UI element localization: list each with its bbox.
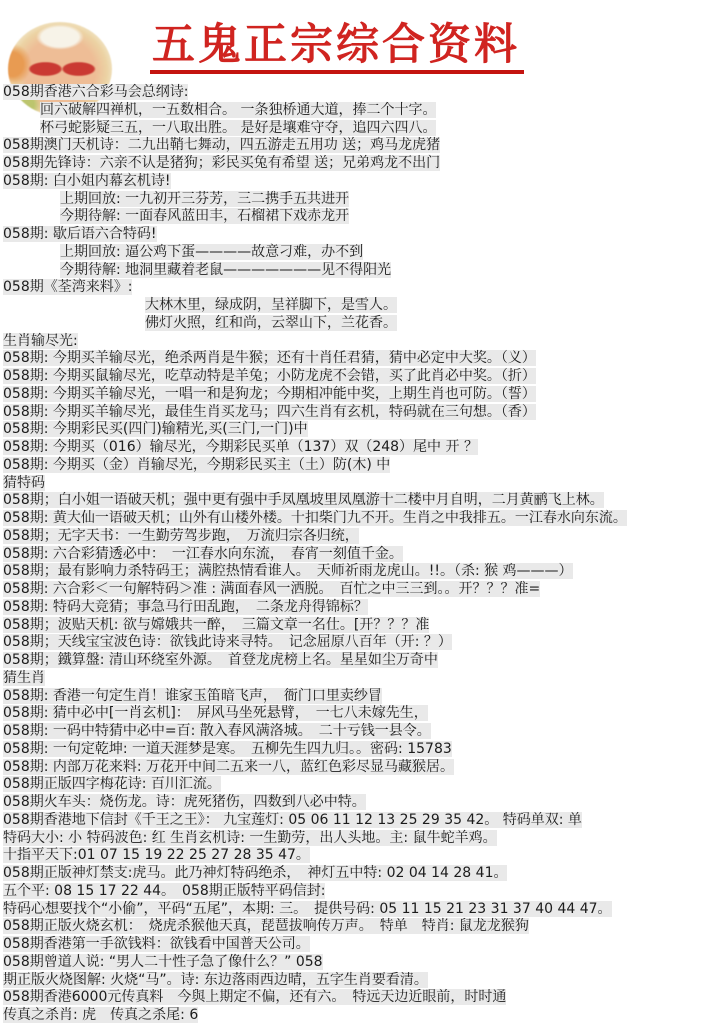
text-line-content: 058期: 特码大竞猜；事急马行田乱跑， 二条龙舟得锦标？ bbox=[3, 599, 368, 615]
text-line-content: 058期: 猜中必中[一肖玄机]： 屏风马坐死悬臂， 一七八未嫁先生， bbox=[3, 705, 428, 721]
text-line: 058期: 今期买羊输尽光，最佳生肖买龙马；四六生肖有玄机，特码就在三句想。（香… bbox=[0, 404, 713, 422]
text-line-content: 058期: 六合彩＜一句解特码＞准 : 满面春风一洒脱。 百忙之中三三到。。开？… bbox=[3, 581, 540, 597]
text-line-content: 058期香港地下信封《千王之王》： 九宝莲灯: 05 06 11 12 13 2… bbox=[3, 812, 582, 828]
text-line: 生肖输尽光: bbox=[0, 333, 713, 351]
text-line: 058期正版神灯禁支:虎马。此乃神灯特码绝杀， 神灯五中特: 02 04 14 … bbox=[0, 865, 713, 883]
text-line-content: 058期: 一句定乾坤: 一道天涯梦是寒。 五柳先生四九归。。密码: 15783 bbox=[3, 741, 452, 757]
text-line-content: 058期: 六合彩猜透必中： 一江春水向东流， 春宵一刻值千金。 bbox=[3, 546, 403, 562]
text-line-content: 五个平: 08 15 17 22 44。 058期正版特平码信封: bbox=[3, 883, 325, 899]
text-line-content: 058期曾道人说: “男人二十性子急了像什么？” 058 bbox=[3, 954, 323, 970]
text-line: 058期: 今期买（016）输尽光，今期彩民买单（137）双（248）尾中 开 … bbox=[0, 439, 713, 457]
text-line-content: 058期香港六合彩马会总纲诗: bbox=[3, 84, 188, 100]
text-line-content: 特码心想要找个“小偷”，平码“五尾”，本期: 三。 提供号码: 05 11 15… bbox=[3, 901, 612, 917]
text-line: 058期澳门天机诗：二九出鞘七舞动，四五游走五用功 送；鸡马龙虎猪 bbox=[0, 137, 713, 155]
text-line-content: 058期: 今期买（金）肖输尽光，今期彩民买主（土）防(木) 中 bbox=[3, 457, 390, 473]
text-line-content: 058期；天线宝宝波色诗：欲钱此诗来寻特。 记念屈原八百年（开: ？） bbox=[3, 634, 452, 650]
text-line-content: 058期；无字天书：一生勤劳驾步跑， 万流归宗各归统， bbox=[3, 528, 359, 544]
text-line: 058期: 猜中必中[一肖玄机]： 屏风马坐死悬臂， 一七八未嫁先生， bbox=[0, 705, 713, 723]
text-line: 058期: 今期买（金）肖输尽光，今期彩民买主（土）防(木) 中 bbox=[0, 457, 713, 475]
text-line-content: 上期回放: 一九初开三芬芳，三二携手五共进开 bbox=[60, 191, 349, 207]
text-line-content: 大林木里，绿成阴，呈祥脚下，是雪人。 bbox=[145, 297, 397, 313]
text-line: 058期: 一句定乾坤: 一道天涯梦是寒。 五柳先生四九归。。密码: 15783 bbox=[0, 741, 713, 759]
text-line-content: 058期: 今期买羊输尽光，最佳生肖买龙马；四六生肖有玄机，特码就在三句想。（香… bbox=[3, 404, 536, 420]
text-line: 058期: 一码中特猜中必中=百: 散入春风满洛城。 二十亏钱一县令。 bbox=[0, 723, 713, 741]
text-line: 058期正版火烧玄机： 烧虎杀猴他天真，琵琶拔响传万声。 特单 特肖: 鼠龙龙猴… bbox=[0, 918, 713, 936]
text-line-content: 058期正版四字梅花诗: 百川汇流。 bbox=[3, 776, 221, 792]
text-line: 058期正版四字梅花诗: 百川汇流。 bbox=[0, 776, 713, 794]
text-line: 十指平天下:01 07 15 19 22 25 27 28 35 47。 bbox=[0, 847, 713, 865]
text-line: 058期: 六合彩＜一句解特码＞准 : 满面春风一洒脱。 百忙之中三三到。。开？… bbox=[0, 581, 713, 599]
text-line: 058期香港地下信封《千王之王》： 九宝莲灯: 05 06 11 12 13 2… bbox=[0, 812, 713, 830]
text-line: 058期: 六合彩猜透必中： 一江春水向东流， 春宵一刻值千金。 bbox=[0, 546, 713, 564]
text-line-content: 058期: 黄大仙一语破天机；山外有山楼外楼。十扣柴门九不开。生肖之中我排五。一… bbox=[3, 510, 627, 526]
text-line: 058期: 今期买鼠输尽光，吃草动特是羊兔；小防龙虎不会错，买了此肖必中奖。（折… bbox=[0, 368, 713, 386]
text-line-content: 058期: 白小姐内幕玄机诗! bbox=[3, 173, 171, 189]
text-line: 058期: 黄大仙一语破天机；山外有山楼外楼。十扣柴门九不开。生肖之中我排五。一… bbox=[0, 510, 713, 528]
text-line: 传真之杀肖: 虎 传真之杀尾: 6 bbox=[0, 1007, 713, 1025]
content-lines: 058期香港六合彩马会总纲诗:回六破解四禅机，一五数相合。 一条独桥通大道，捧二… bbox=[0, 84, 713, 1025]
text-line-content: 特码大小: 小 特码波色: 红 生肖玄机诗: 一生勤劳，出人头地。主: 鼠牛蛇羊… bbox=[3, 830, 497, 846]
text-line: 五个平: 08 15 17 22 44。 058期正版特平码信封: bbox=[0, 883, 713, 901]
text-line-content: 058期: 今期买羊输尽光，绝杀两肖是牛猴；还有十肖任君猜，猜中必定中大奖。（义… bbox=[3, 350, 536, 366]
text-line: 058期先锋诗：六亲不认是猪狗；彩民买兔有希望 送；兄弟鸡龙不出门 bbox=[0, 155, 713, 173]
text-line: 佛灯火照，红和尚，云翠山下，兰花香。 bbox=[0, 315, 713, 333]
text-line-content: 今期待解: 一面春风蓝田丰，石榴裙下戏赤龙开 bbox=[60, 208, 349, 224]
text-line-content: 猜特码 bbox=[3, 475, 45, 491]
text-line-content: 猜生肖 bbox=[3, 670, 45, 686]
text-line-content: 058期: 今期买鼠输尽光，吃草动特是羊兔；小防龙虎不会错，买了此肖必中奖。（折… bbox=[3, 368, 536, 384]
text-line: 058期曾道人说: “男人二十性子急了像什么？” 058 bbox=[0, 954, 713, 972]
text-line: 058期香港6000元传真料 今與上期定不偏，还有六。 特远天边近眼前，时时通 bbox=[0, 989, 713, 1007]
text-line-content: 058期先锋诗：六亲不认是猪狗；彩民买兔有希望 送；兄弟鸡龙不出门 bbox=[3, 155, 440, 171]
text-line-content: 期正版火烧图解: 火烧“马”。诗: 东边落雨西边晴，五字生肖要看清。 bbox=[3, 972, 428, 988]
text-line-content: 058期: 今期买羊输尽光，一唱一和是狗龙；今期相冲能中奖，上期生肖也可防。（誓… bbox=[3, 386, 536, 402]
text-line-content: 058期: 内部万花来料: 万花开中间二五来一八，蓝红色彩尽显马藏猴居。 bbox=[3, 759, 454, 775]
text-line-content: 今期待解: 地洞里藏着老鼠———————见不得阳光 bbox=[60, 262, 391, 278]
text-line: 058期；波贴天机: 欲与嫦娥共一醉， 三篇文章一名仕。[开？？？准 bbox=[0, 617, 713, 635]
text-line-content: 058期: 一码中特猜中必中=百: 散入春风满洛城。 二十亏钱一县令。 bbox=[3, 723, 431, 739]
text-line: 大林木里，绿成阴，呈祥脚下，是雪人。 bbox=[0, 297, 713, 315]
text-line: 今期待解: 地洞里藏着老鼠———————见不得阳光 bbox=[0, 262, 713, 280]
text-line: 058期: 特码大竞猜；事急马行田乱跑， 二条龙舟得锦标？ bbox=[0, 599, 713, 617]
text-line: 058期: 内部万花来料: 万花开中间二五来一八，蓝红色彩尽显马藏猴居。 bbox=[0, 759, 713, 777]
text-line-content: 生肖输尽光: bbox=[3, 333, 78, 349]
text-line-content: 058期澳门天机诗：二九出鞘七舞动，四五游走五用功 送；鸡马龙虎猪 bbox=[3, 137, 440, 153]
text-line: 上期回放: 逼公鸡下蛋————故意刁难，办不到 bbox=[0, 244, 713, 262]
page-title: 五鬼正宗综合资料 bbox=[150, 20, 524, 74]
text-line-content: 佛灯火照，红和尚，云翠山下，兰花香。 bbox=[145, 315, 397, 331]
text-line: 058期: 白小姐内幕玄机诗! bbox=[0, 173, 713, 191]
text-line-content: 058期；鐵算盤: 清山环绕室外源。 首登龙虎榜上名。星星如尘万奇中 bbox=[3, 652, 438, 668]
text-line-content: 058期；波贴天机: 欲与嫦娥共一醉， 三篇文章一名仕。[开？？？准 bbox=[3, 617, 429, 633]
text-line: 058期: 今期买羊输尽光，一唱一和是狗龙；今期相冲能中奖，上期生肖也可防。（誓… bbox=[0, 386, 713, 404]
text-line: 特码大小: 小 特码波色: 红 生肖玄机诗: 一生勤劳，出人头地。主: 鼠牛蛇羊… bbox=[0, 830, 713, 848]
text-line-content: 058期；白小姐一语破天机；强中更有强中手凤凰坡里凤凰游十二楼中月自明，二月黄鹂… bbox=[3, 492, 604, 508]
text-line: 058期: 歇后语六合特码! bbox=[0, 226, 713, 244]
text-line-content: 十指平天下:01 07 15 19 22 25 27 28 35 47。 bbox=[3, 847, 310, 863]
text-line-content: 上期回放: 逼公鸡下蛋————故意刁难，办不到 bbox=[60, 244, 363, 260]
text-line: 回六破解四禅机，一五数相合。 一条独桥通大道，捧二个十字。 bbox=[0, 102, 713, 120]
text-line-content: 058期香港第一手欲钱料：欲钱看中国普天公司。 bbox=[3, 936, 310, 952]
page: 五鬼正宗综合资料 058期香港六合彩马会总纲诗:回六破解四禅机，一五数相合。 一… bbox=[0, 0, 713, 1025]
text-line: 058期香港六合彩马会总纲诗: bbox=[0, 84, 713, 102]
text-line-content: 058期火车头：烧伤龙。诗：虎死猪伤，四数到八必中特。 bbox=[3, 794, 366, 810]
text-line: 058期；天线宝宝波色诗：欲钱此诗来寻特。 记念屈原八百年（开: ？） bbox=[0, 634, 713, 652]
text-line-content: 058期: 歇后语六合特码! bbox=[3, 226, 157, 242]
text-line: 特码心想要找个“小偷”，平码“五尾”，本期: 三。 提供号码: 05 11 15… bbox=[0, 901, 713, 919]
text-line-content: 回六破解四禅机，一五数相合。 一条独桥通大道，捧二个十字。 bbox=[40, 102, 436, 118]
text-line-content: 058期: 今期买（016）输尽光，今期彩民买单（137）双（248）尾中 开 … bbox=[3, 439, 478, 455]
text-line: 上期回放: 一九初开三芬芳，三二携手五共进开 bbox=[0, 191, 713, 209]
text-line: 058期；无字天书：一生勤劳驾步跑， 万流归宗各归统， bbox=[0, 528, 713, 546]
text-line-content: 058期正版神灯禁支:虎马。此乃神灯特码绝杀， 神灯五中特: 02 04 14 … bbox=[3, 865, 507, 881]
text-line: 杯弓蛇影疑三五，一八取出胜。 是好是壤难守夺，追四六四八。 bbox=[0, 120, 713, 138]
text-line-content: 058期正版火烧玄机： 烧虎杀猴他天真，琵琶拔响传万声。 特单 特肖: 鼠龙龙猴… bbox=[3, 918, 529, 934]
text-line: 058期；白小姐一语破天机；强中更有强中手凤凰坡里凤凰游十二楼中月自明，二月黄鹂… bbox=[0, 492, 713, 510]
text-line: 058期火车头：烧伤龙。诗：虎死猪伤，四数到八必中特。 bbox=[0, 794, 713, 812]
text-line: 058期: 今期彩民买(四门)输精光,买(三门,一门)中 bbox=[0, 421, 713, 439]
text-line-content: 杯弓蛇影疑三五，一八取出胜。 是好是壤难守夺，追四六四八。 bbox=[40, 120, 436, 136]
text-line-content: 058期香港6000元传真料 今與上期定不偏，还有六。 特远天边近眼前，时时通 bbox=[3, 989, 506, 1005]
text-line-content: 058期《荃湾来料》: bbox=[3, 279, 132, 295]
text-line: 058期；鐵算盤: 清山环绕室外源。 首登龙虎榜上名。星星如尘万奇中 bbox=[0, 652, 713, 670]
text-line-content: 058期: 香港一句定生肖！谁家玉笛暗飞声， 衙门口里卖纱冒 bbox=[3, 688, 382, 704]
text-line: 058期；最有影响力杀特码王；满腔热情看谁人。 天师祈雨龙虎山。!!。（杀: 猴… bbox=[0, 563, 713, 581]
text-line-content: 058期；最有影响力杀特码王；满腔热情看谁人。 天师祈雨龙虎山。!!。（杀: 猴… bbox=[3, 563, 573, 579]
text-line: 058期《荃湾来料》: bbox=[0, 279, 713, 297]
text-line: 058期香港第一手欲钱料：欲钱看中国普天公司。 bbox=[0, 936, 713, 954]
text-line: 猜特码 bbox=[0, 475, 713, 493]
text-line-content: 传真之杀肖: 虎 传真之杀尾: 6 bbox=[3, 1007, 198, 1023]
text-line: 058期: 今期买羊输尽光，绝杀两肖是牛猴；还有十肖任君猜，猜中必定中大奖。（义… bbox=[0, 350, 713, 368]
text-line: 期正版火烧图解: 火烧“马”。诗: 东边落雨西边晴，五字生肖要看清。 bbox=[0, 972, 713, 990]
text-line-content: 058期: 今期彩民买(四门)输精光,买(三门,一门)中 bbox=[3, 421, 308, 437]
text-line: 058期: 香港一句定生肖！谁家玉笛暗飞声， 衙门口里卖纱冒 bbox=[0, 688, 713, 706]
text-line: 今期待解: 一面春风蓝田丰，石榴裙下戏赤龙开 bbox=[0, 208, 713, 226]
text-line: 猜生肖 bbox=[0, 670, 713, 688]
